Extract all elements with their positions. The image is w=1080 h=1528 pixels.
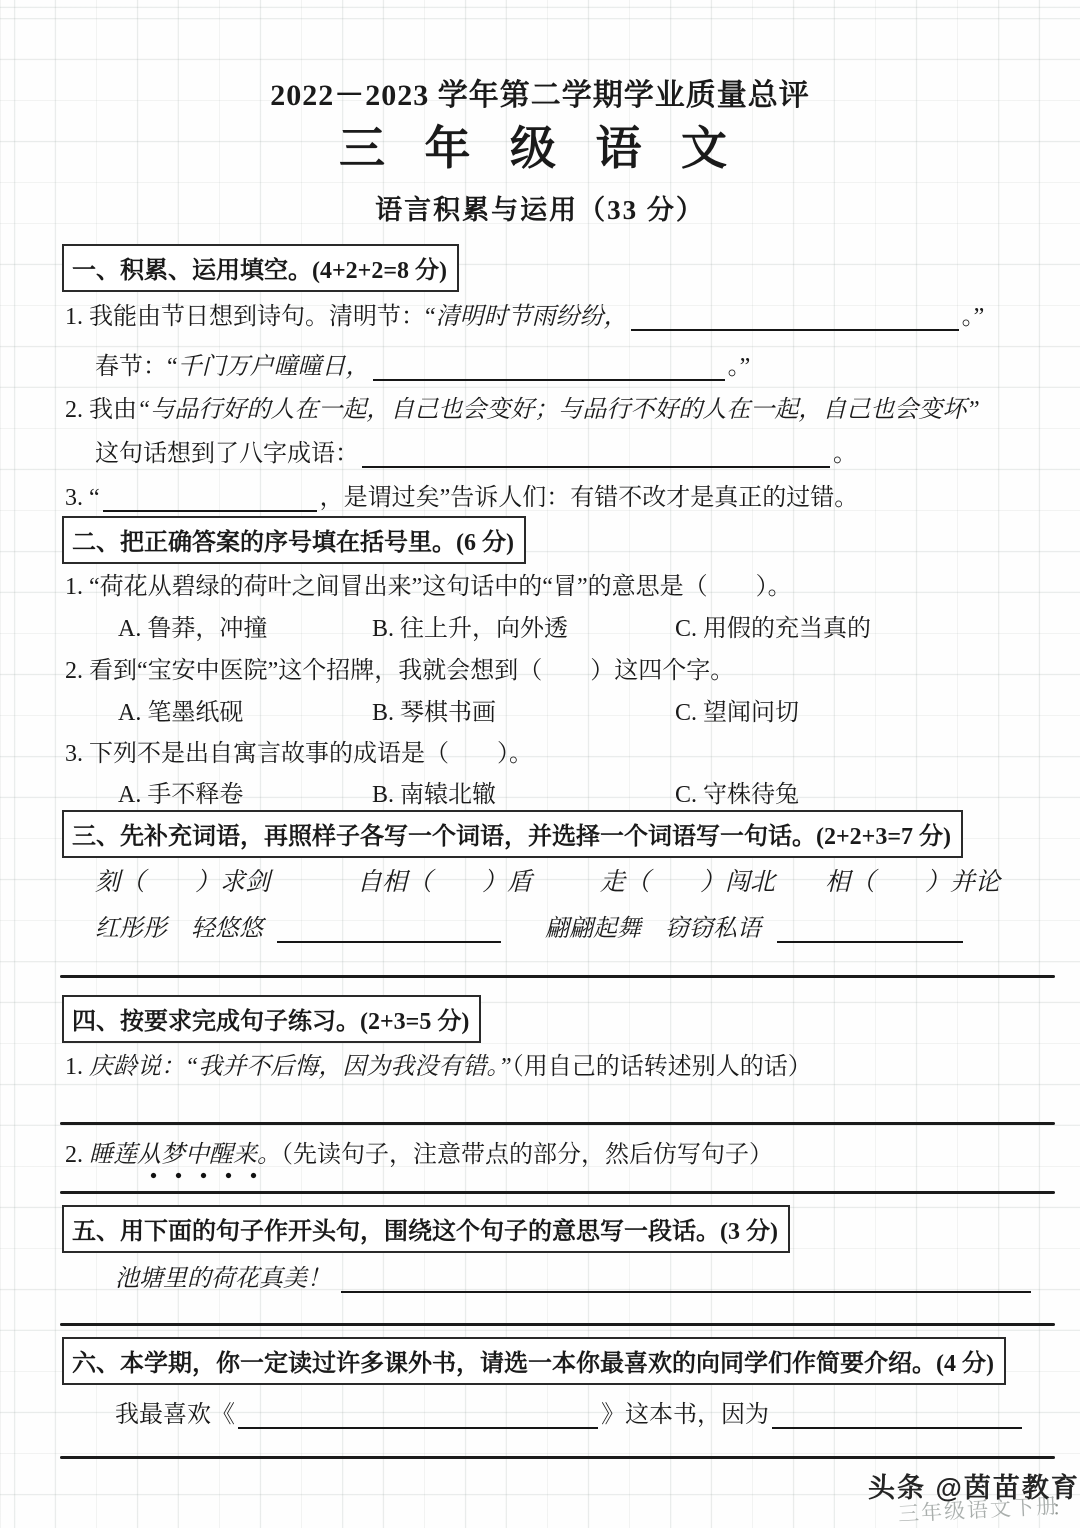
- s2-q2-options: A. 笔墨纸砚 B. 琴棋书画 C. 望闻问切: [118, 692, 1058, 727]
- answer-line: [60, 1122, 1055, 1125]
- answer-line: [60, 1191, 1055, 1194]
- s4-q2-label: 2.: [65, 1142, 89, 1168]
- answer-blank: [103, 486, 317, 512]
- s1-q1b-label: 春节：“: [95, 354, 178, 380]
- s3-examples-1: 红彤彤 轻悠悠: [95, 916, 263, 942]
- s1-question-1b: 春节：“千门万户曈曈日，。”: [95, 346, 750, 381]
- section-3-heading: 三、先补充词语，再照样子各写一个词语，并选择一个词语写一句话。(2+2+3=7 …: [62, 810, 963, 858]
- s6-mid: 》这本书，因为: [601, 1402, 769, 1428]
- s1-question-2-line2: 这句话想到了八字成语：。: [95, 433, 857, 468]
- s1-q2b-label: 这句话想到了八字成语：: [95, 441, 359, 467]
- s3-fill-words: 刻（ ）求剑 自相（ ）盾 走（ ）闯北 相（ ）并论: [95, 862, 1055, 898]
- answer-blank: [362, 442, 830, 468]
- s4-question-2: 2. 睡莲从梦中醒来。（先读句子，注意带点的部分，然后仿写句子）: [65, 1134, 773, 1179]
- s6-pre: 我最喜欢《: [115, 1402, 235, 1428]
- part-title: 语言积累与运用（33 分）: [0, 188, 1080, 227]
- section-1-heading: 一、积累、运用填空。(4+2+2=8 分): [62, 244, 459, 292]
- s2-question-3: 3. 下列不是出自寓言故事的成语是（ ）。: [65, 733, 533, 768]
- word-1: 刻（ ）求剑: [95, 862, 357, 898]
- s2-q3-options: A. 手不释卷 B. 南辕北辙 C. 守株待兔: [118, 774, 1058, 809]
- section-5-heading: 五、用下面的句子作开头句，围绕这个句子的意思写一段话。(3 分): [62, 1205, 790, 1253]
- option-b: B. 往上升，向外透: [372, 608, 675, 643]
- s1-q1-end: 。”: [962, 304, 985, 330]
- answer-line: [60, 1456, 1055, 1459]
- s1-question-3: 3. “，是谓过矣”告诉人们：有错不改才是真正的过错。: [65, 477, 858, 512]
- s2-question-1: 1. “荷花从碧绿的荷叶之间冒出来”这句话中的“冒”的意思是（ ）。: [65, 566, 792, 601]
- answer-blank: [631, 305, 959, 331]
- answer-line: [60, 1323, 1055, 1326]
- s1-question-1a: 1. 我能由节日想到诗句。清明节：“清明时节雨纷纷，。”: [65, 296, 984, 331]
- s6-answer-row: 我最喜欢《》这本书，因为: [115, 1394, 1025, 1429]
- s3-examples-2: 翩翩起舞 窃窃私语: [545, 916, 761, 942]
- answer-blank: [373, 355, 725, 381]
- answer-blank: [277, 917, 501, 943]
- word-4: 相（ ）并论: [825, 862, 1055, 898]
- option-a: A. 手不释卷: [118, 774, 372, 809]
- word-2: 自相（ ）盾: [357, 862, 600, 898]
- section-2-heading: 二、把正确答案的序号填在括号里。(6 分): [62, 516, 526, 564]
- answer-blank: [772, 1403, 1022, 1429]
- s1-q1b-poem: 千门万户曈曈日，: [178, 354, 370, 380]
- option-c: C. 望闻问切: [675, 692, 1058, 727]
- s1-q2b-end: 。: [833, 441, 857, 467]
- s4-q2-after: 。: [257, 1142, 281, 1168]
- watermark-toutiao: 头条 @茵苗教育: [868, 1466, 1080, 1505]
- exam-paper: 2022－2023 学年第二学期学业质量总评 三 年 级 语 文 语言积累与运用…: [0, 0, 1080, 1528]
- answer-blank: [238, 1403, 598, 1429]
- s4-q1-label: 1.: [65, 1054, 89, 1080]
- option-b: B. 琴棋书画: [372, 692, 675, 727]
- s1-question-2-line1: 2. 我由“与品行好的人在一起，自己也会变好；与品行不好的人在一起，自己也会变坏…: [65, 389, 980, 424]
- word-3: 走（ ）闯北: [600, 862, 825, 898]
- answer-blank: [341, 1267, 1031, 1293]
- s4-q2-pre: 睡莲: [89, 1142, 137, 1168]
- s4-q2-note: （先读句子，注意带点的部分，然后仿写句子）: [281, 1142, 773, 1168]
- s4-question-1: 1. 庆龄说：“我并不后悔，因为我没有错。”（用自己的话转述别人的话）: [65, 1046, 812, 1081]
- s1-q1-label: 1. 我能由节日想到诗句。清明节：“: [65, 304, 436, 330]
- s4-q1-quote: 庆龄说：“我并不后悔，因为我没有错。”: [89, 1054, 512, 1080]
- s5-prompt-row: 池塘里的荷花真美！: [115, 1258, 1034, 1293]
- s5-prompt: 池塘里的荷花真美！: [115, 1266, 331, 1292]
- option-a: A. 鲁莽，冲撞: [118, 608, 372, 643]
- s2-q1-options: A. 鲁莽，冲撞 B. 往上升，向外透 C. 用假的充当真的: [118, 608, 1058, 643]
- section-4-heading: 四、按要求完成句子练习。(2+3=5 分): [62, 995, 481, 1043]
- section-6-heading: 六、本学期，你一定读过许多课外书，请选一本你最喜欢的向同学们作简要介绍。(4 分…: [62, 1337, 1006, 1385]
- option-b: B. 南辕北辙: [372, 774, 675, 809]
- option-a: A. 笔墨纸砚: [118, 692, 372, 727]
- s1-q3-rest: ，是谓过矣”告诉人们：有错不改才是真正的过错。: [320, 485, 859, 511]
- s1-q1b-end: 。”: [728, 354, 751, 380]
- s2-question-2: 2. 看到“宝安中医院”这个招牌，我就会想到（ ）这四个字。: [65, 650, 734, 685]
- s1-q2-label: 2. 我由: [65, 397, 137, 423]
- option-c: C. 守株待兔: [675, 774, 1058, 809]
- answer-line: [60, 975, 1055, 978]
- exam-title: 2022－2023 学年第二学期学业质量总评: [0, 70, 1080, 114]
- option-c: C. 用假的充当真的: [675, 608, 1058, 643]
- s4-q2-dotted-phrase: 从梦中醒来: [137, 1134, 257, 1179]
- s1-q1-poem: 清明时节雨纷纷，: [436, 304, 628, 330]
- answer-blank: [777, 917, 963, 943]
- s1-q3-open: 3. “: [65, 485, 100, 511]
- grade-subject-title: 三 年 级 语 文: [0, 112, 1080, 178]
- watermark-colon: ：: [1052, 1492, 1072, 1521]
- s3-example-row: 红彤彤 轻悠悠翩翩起舞 窃窃私语: [95, 908, 966, 943]
- s4-q1-note: （用自己的话转述别人的话）: [512, 1054, 812, 1080]
- s1-q2-quote: “与品行好的人在一起，自己也会变好；与品行不好的人在一起，自己也会变坏”: [137, 397, 980, 423]
